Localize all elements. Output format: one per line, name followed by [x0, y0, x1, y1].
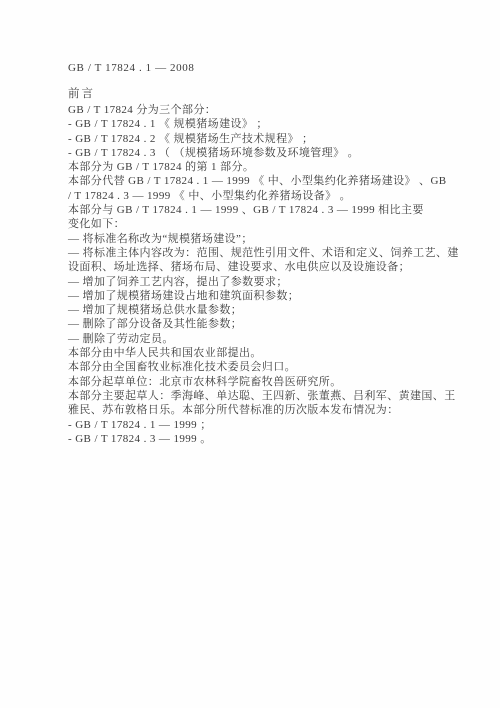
text-line: — 删除了部分设备及其性能参数； [68, 317, 440, 331]
text-line: — 将标准名称改为“规模猪场建设”； [68, 232, 440, 246]
text-line: - GB / T 17824 . 3 — 1999 。 [68, 432, 440, 446]
text-line: — 增加了规模猪场总供水量参数； [68, 303, 440, 317]
text-line: — 删除了劳动定员。 [68, 332, 440, 346]
text-line: 本部分由全国畜牧业标准化技术委员会归口。 [68, 360, 440, 374]
text-line: 本部分与 GB / T 17824 . 1 — 1999 、GB / T 178… [68, 203, 440, 217]
text-line: 变化如下： [68, 217, 440, 231]
text-line: 本部分由中华人民共和国农业部提出。 [68, 346, 440, 360]
text-line: - GB / T 17824 . 2 《 规模猪场生产技术规程》 ； [68, 132, 440, 146]
text-line: GB / T 17824 分为三个部分： [68, 103, 440, 117]
foreword-title: 前言 [68, 87, 95, 102]
text-line: / T 17824 . 3 — 1999 《 中、小型集约化养猪场设备》 。 [68, 189, 440, 203]
standard-number-header: GB / T 17824 . 1 — 2008 [68, 61, 194, 75]
text-line: 雅民、苏布敦格日乐。本部分所代替标准的历次版本发布情况为： [68, 403, 440, 417]
text-line: - GB / T 17824 . 3 （ （规模猪场环境参数及环境管理》 。 [68, 146, 440, 160]
text-line: 本部分起草单位：北京市农林科学院畜牧兽医研究所。 [68, 375, 440, 389]
text-line: 本部分为 GB / T 17824 的第 1 部分。 [68, 160, 440, 174]
text-line: — 增加了饲养工艺内容，提出了参数要求； [68, 275, 440, 289]
text-line: — 增加了规模猪场建设占地和建筑面积参数； [68, 289, 440, 303]
document-page: GB / T 17824 . 1 — 2008 前言 GB / T 17824 … [0, 0, 500, 708]
text-line: - GB / T 17824 . 1 — 1999 ； [68, 418, 440, 432]
text-line: 本部分主要起草人：季海峰、单达聪、王四新、张董燕、吕利军、黄建国、王 [68, 389, 440, 403]
text-line: 设面积、场址选择、猪场布局、建设要求、水电供应以及设施设备； [68, 260, 440, 274]
foreword-body: GB / T 17824 分为三个部分： - GB / T 17824 . 1 … [68, 103, 440, 446]
text-line: - GB / T 17824 . 1 《 规模猪场建设》 ； [68, 117, 440, 131]
text-line: 本部分代替 GB / T 17824 . 1 — 1999 《 中、小型集约化养… [68, 174, 440, 188]
text-line: — 将标准主体内容改为：范围、规范性引用文件、术语和定义、饲养工艺、建 [68, 246, 440, 260]
